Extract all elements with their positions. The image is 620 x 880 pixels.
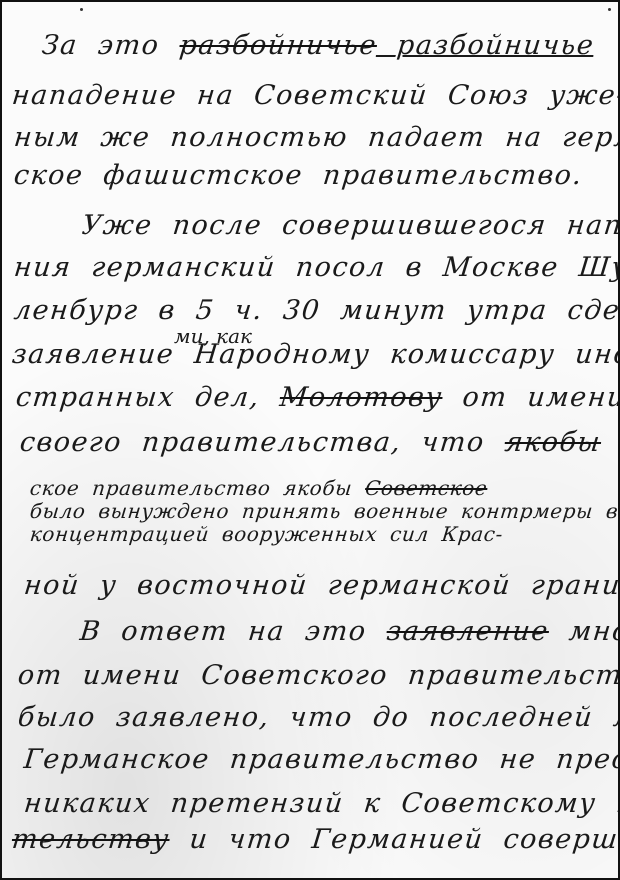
text-run: ское фашистское правительство. <box>12 160 584 191</box>
text-run: странных дел, <box>14 382 281 413</box>
text-run: Народному комиссару ино- <box>193 339 620 370</box>
text-run: от имени Советского правительства <box>16 660 620 691</box>
manuscript-line: заявление Народному комиссару ино- <box>10 339 619 370</box>
text-run: нападение на Советский Союз уже- <box>10 80 620 111</box>
manuscript-line: нападение на Советский Союз уже- <box>10 80 619 111</box>
text-run: За это <box>40 30 181 61</box>
text-run: В ответ на это <box>78 616 388 647</box>
text-run: мною <box>547 616 620 647</box>
text-run: никаких претензий к Советскому прави- <box>22 788 620 819</box>
manuscript-line: никаких претензий к Советскому прави- <box>22 788 619 819</box>
manuscript-line: от имени Советского правительства <box>16 660 619 691</box>
text-run: Уже после совершившегося напад- <box>80 210 620 241</box>
underlined-word: разбойничье <box>375 30 596 61</box>
manuscript-line: было вынуждено принять военные контрмеры… <box>29 499 620 523</box>
text-run: ленбург в 5 ч. 30 минут утра сделал <box>12 295 620 326</box>
text-run: концентрацией вооруженных сил Крас- <box>29 522 505 546</box>
manuscript-line: Уже после совершившегося напад- <box>80 210 619 241</box>
text-run: своего правительства, что <box>18 427 506 458</box>
manuscript-line: ленбург в 5 ч. 30 минут утра сделал <box>12 295 619 326</box>
manuscript-line: концентрацией вооруженных сил Крас- <box>29 522 620 546</box>
manuscript-line: ным же полностью падает на герма- <box>12 122 619 153</box>
text-run: было вынуждено принять военные контрмеры… <box>29 499 620 523</box>
speck <box>608 8 611 11</box>
manuscript-line: ское правительство якобы Советское <box>29 476 620 500</box>
struck-out-word: тельству <box>10 824 171 855</box>
text-run: заявление <box>10 339 196 370</box>
struck-out-word: Советское <box>364 476 489 500</box>
text-run: и что Германией совершено нап. <box>168 824 620 855</box>
manuscript-line: странных дел, Молотову от имени <box>14 382 619 413</box>
text-run: от имени <box>441 382 620 413</box>
manuscript-line: было заявлено, что до последней минуты <box>16 702 619 733</box>
struck-out-word: Молотову <box>278 382 444 413</box>
manuscript-line: Германское правительство не предъявляло <box>22 744 619 775</box>
text-run: Герман- <box>599 427 620 458</box>
text-run: ной у восточной германской границы. <box>22 570 620 601</box>
manuscript-line: своего правительства, что якобы Герман- <box>18 427 619 458</box>
manuscript-line: ское фашистское правительство. <box>12 160 619 191</box>
manuscript-line: ной у восточной германской границы. <box>22 570 619 601</box>
manuscript-line: В ответ на это заявление мною <box>78 616 619 647</box>
manuscript-page: За это разбойничье разбойничьенападение … <box>0 0 620 880</box>
text-run: Германское правительство не предъявляло <box>22 744 620 775</box>
struck-out-word: якобы <box>503 427 602 458</box>
text-run: было заявлено, что до последней минуты <box>16 702 620 733</box>
text-run: ское правительство якобы <box>29 476 367 500</box>
manuscript-line: За это разбойничье разбойничье <box>40 30 619 61</box>
struck-out-word: разбойничье <box>178 30 379 61</box>
struck-out-word: заявление <box>385 616 551 647</box>
interlinear-insertion: ми, как <box>174 324 252 348</box>
manuscript-line: ния германский посол в Москве Шу- <box>12 252 619 283</box>
text-run: ным же полностью падает на герма- <box>12 122 620 153</box>
manuscript-line: тельству и что Германией совершено нап. <box>10 824 619 855</box>
speck <box>80 8 83 11</box>
text-run: ния германский посол в Москве Шу- <box>12 252 620 283</box>
